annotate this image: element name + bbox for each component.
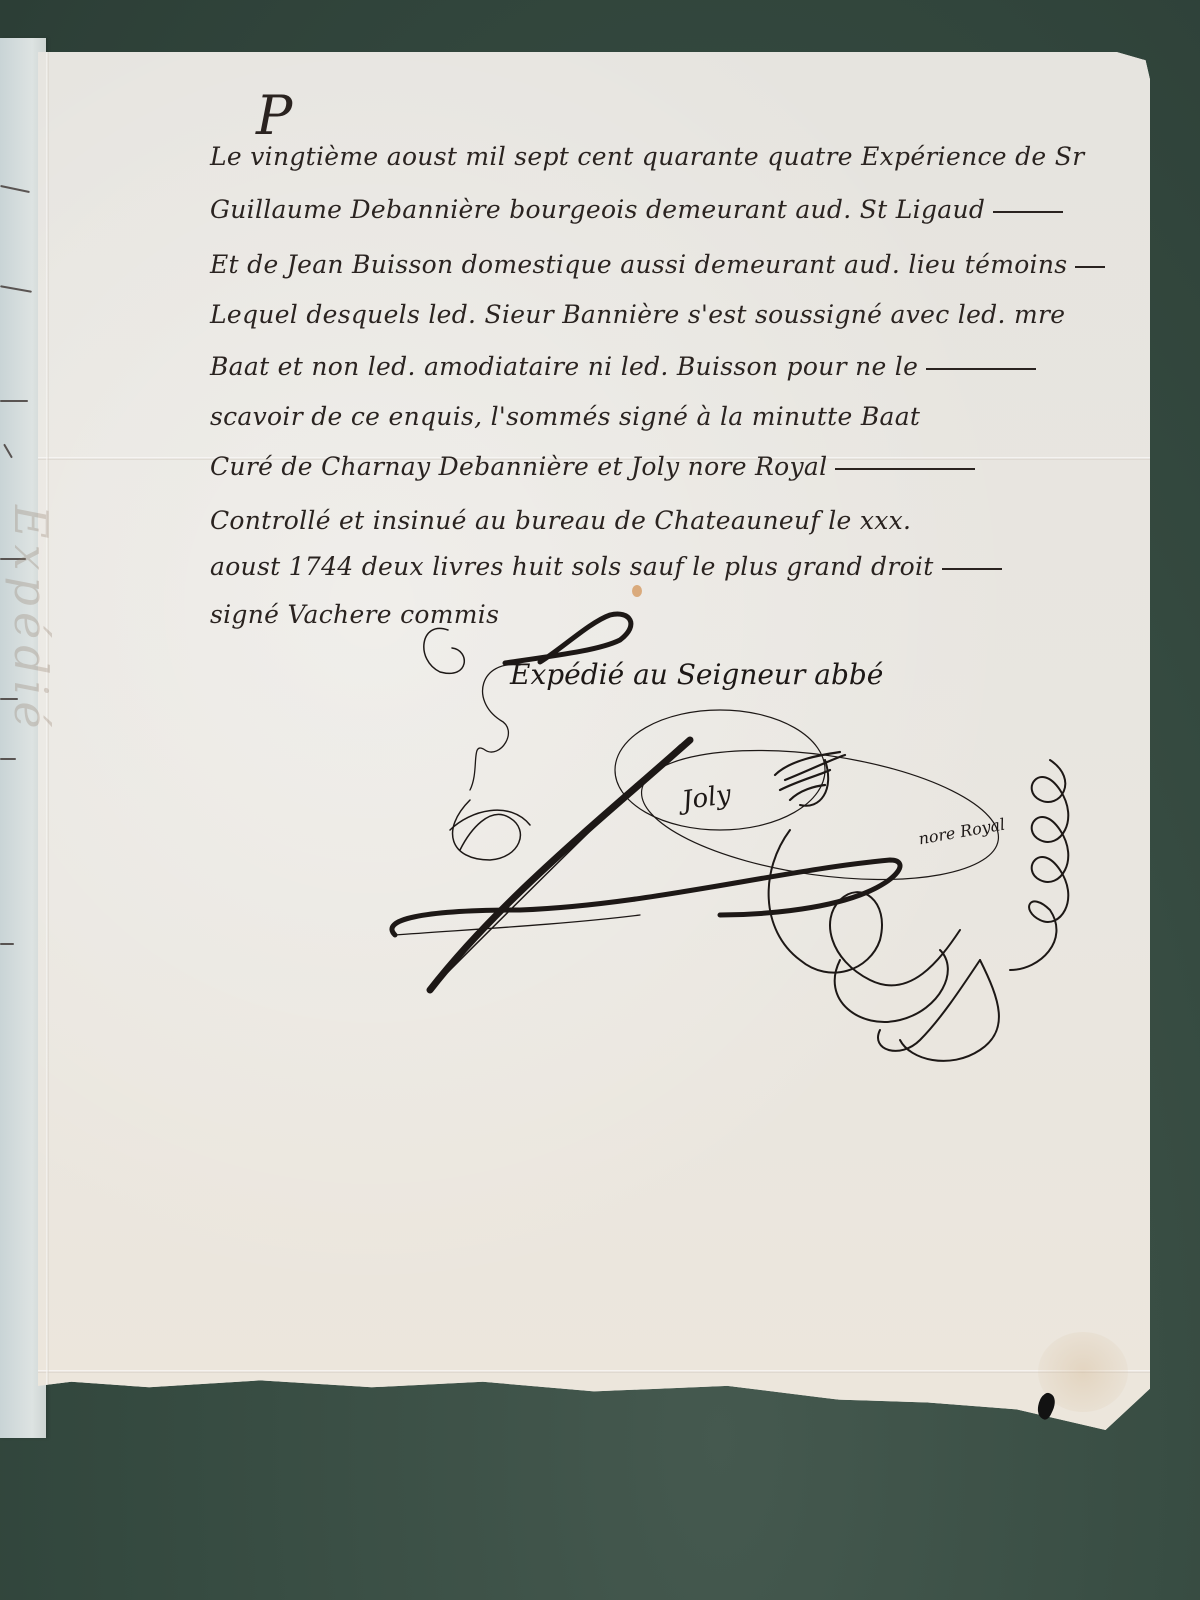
- lower-fold-crease: [38, 1370, 1150, 1373]
- text-line-9: aoust 1744 deux livres huit sols sauf le…: [210, 552, 1002, 581]
- bleed-through-text: Expédié: [4, 505, 58, 735]
- text-line-3: Et de Jean Buisson domestique aussi deme…: [210, 250, 1105, 279]
- ink-stroke: [0, 285, 32, 293]
- text-line-2: Guillaume Debannière bourgeois demeurant…: [210, 195, 1063, 224]
- text-line-6: scavoir de ce enquis, l'sommés signé à l…: [210, 402, 920, 431]
- ink-stroke: [3, 444, 13, 459]
- text-line-1: Le vingtième aoust mil sept cent quarant…: [210, 142, 1084, 171]
- text-line-10: signé Vachere commis: [210, 600, 499, 629]
- drop-cap: P: [256, 84, 292, 147]
- text-line-8: Controllé et insinué au bureau de Chatea…: [210, 506, 911, 535]
- ink-stroke: [0, 758, 16, 760]
- text-line-5: Baat et non led. amodiataire ni led. Bui…: [210, 352, 1036, 381]
- text-line-4: Lequel desquels led. Sieur Bannière s'es…: [210, 300, 1065, 329]
- ink-stroke: [0, 943, 14, 945]
- text-line-7: Curé de Charnay Debannière et Joly nore …: [210, 452, 975, 481]
- rust-spot: [632, 585, 642, 597]
- ink-stroke: [0, 400, 28, 402]
- vertical-fold-crease: [46, 52, 49, 1430]
- ink-stroke: [0, 185, 30, 193]
- closing-line: Expédié au Seigneur abbé: [510, 658, 883, 691]
